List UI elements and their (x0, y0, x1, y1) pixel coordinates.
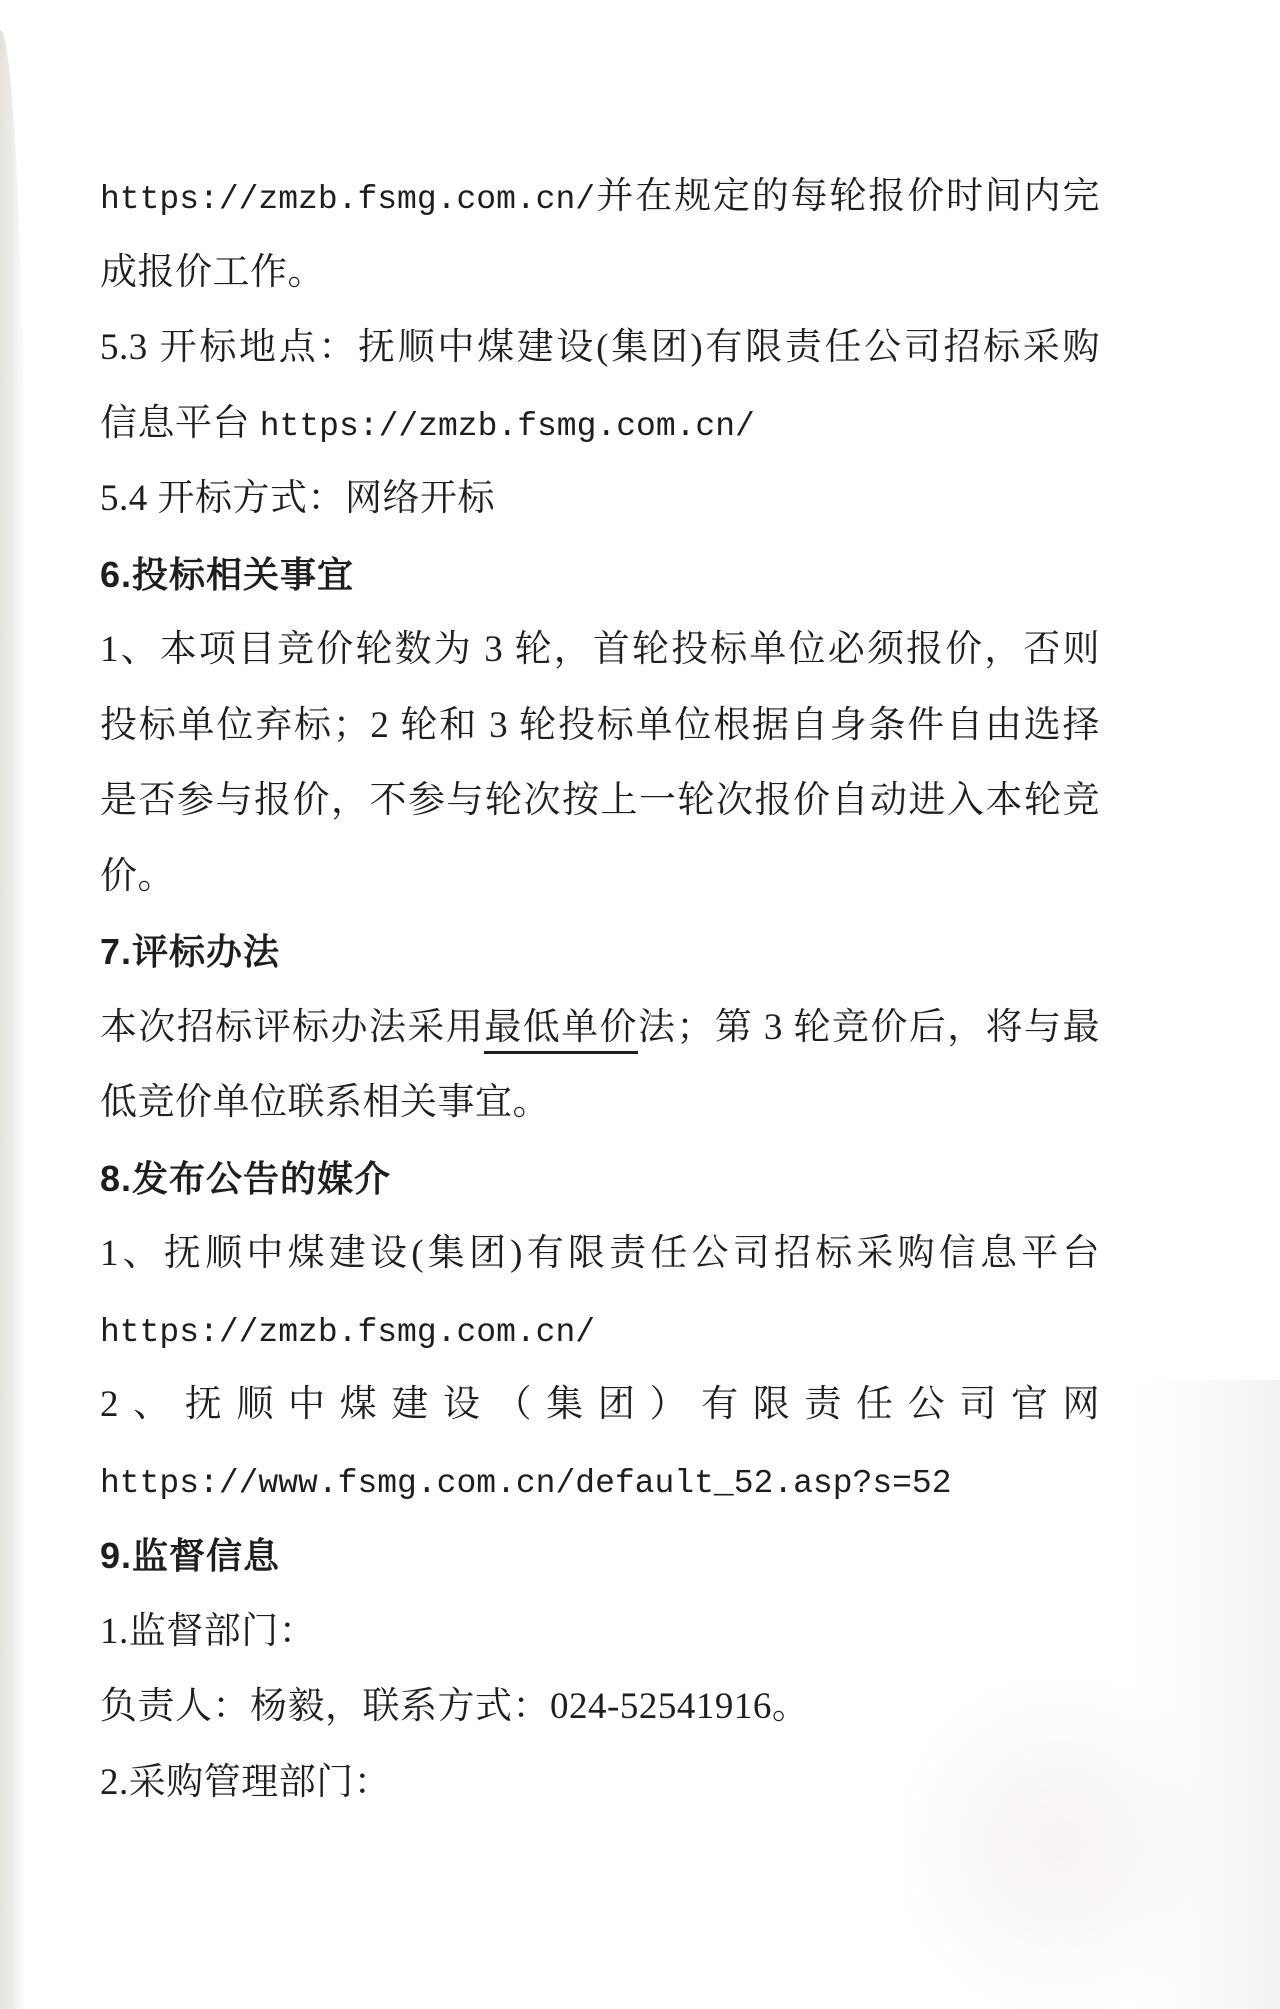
text-line: 2、抚顺中煤建设（集团）有限责任公司官网 (100, 1367, 1100, 1443)
text-line: 投标单位弃标；2 轮和 3 轮投标单位根据自身条件自由选择 (100, 688, 1100, 764)
body-text: 价。 (100, 856, 175, 897)
underlined-text: 最低单价 (484, 1007, 638, 1054)
text-line: 7.评标办法 (100, 914, 1100, 990)
section-heading: 8.发布公告的媒介 (100, 1158, 391, 1199)
body-text: 法；第 3 轮竞价后，将与最 (638, 1007, 1100, 1048)
section-heading: 7.评标办法 (100, 931, 280, 972)
section-heading: 9.监督信息 (100, 1535, 280, 1576)
text-line: https://zmzb.fsmg.com.cn/并在规定的每轮报价时间内完 (100, 159, 1100, 235)
text-line: 1.监督部门： (100, 1594, 1100, 1670)
scanned-document-page: https://zmzb.fsmg.com.cn/并在规定的每轮报价时间内完成报… (0, 0, 1280, 2009)
text-line: 2.采购管理部门： (100, 1745, 1100, 1821)
text-line: 6.投标相关事宜 (100, 537, 1100, 613)
body-text: 2.采购管理部门： (100, 1762, 391, 1803)
url-text: https://www.fsmg.com.cn/default_52.asp?s… (100, 1465, 952, 1502)
page-edge-shadow (0, 30, 26, 2009)
text-line: https://zmzb.fsmg.com.cn/ (100, 1292, 1100, 1368)
text-line: 9.监督信息 (100, 1518, 1100, 1594)
body-text: 2、抚顺中煤建设（集团）有限责任公司官网 (100, 1384, 1100, 1425)
text-line: 是否参与报价，不参与轮次按上一轮次报价自动进入本轮竞 (100, 763, 1100, 839)
body-text: 低竞价单位联系相关事宜。 (100, 1082, 550, 1123)
body-text: 投标单位弃标；2 轮和 3 轮投标单位根据自身条件自由选择 (100, 705, 1100, 746)
text-line: 负责人：杨毅，联系方式：024-52541916。 (100, 1669, 1100, 1745)
body-text: 1、抚顺中煤建设(集团)有限责任公司招标采购信息平台 (100, 1233, 1100, 1274)
body-text: 5.4 开标方式：网络开标 (100, 478, 495, 519)
text-line: 1、本项目竞价轮数为 3 轮，首轮投标单位必须报价，否则 (100, 612, 1100, 688)
text-line: 价。 (100, 839, 1100, 915)
body-text: 本次招标评标办法采用 (100, 1007, 484, 1048)
text-line: 信息平台 https://zmzb.fsmg.com.cn/ (100, 386, 1100, 462)
url-text: https://zmzb.fsmg.com.cn/ (100, 181, 595, 218)
body-text: 是否参与报价，不参与轮次按上一轮次报价自动进入本轮竞 (100, 780, 1100, 821)
body-text: 负责人：杨毅，联系方式：024-52541916。 (100, 1686, 809, 1727)
body-text: 1.监督部门： (100, 1611, 316, 1652)
body-text: 并在规定的每轮报价时间内完 (595, 176, 1100, 217)
text-line: 本次招标评标办法采用最低单价法；第 3 轮竞价后，将与最 (100, 990, 1100, 1066)
text-line: 1、抚顺中煤建设(集团)有限责任公司招标采购信息平台 (100, 1216, 1100, 1292)
body-text: 5.3 开标地点：抚顺中煤建设(集团)有限责任公司招标采购 (100, 327, 1100, 368)
text-line: https://www.fsmg.com.cn/default_52.asp?s… (100, 1443, 1100, 1519)
url-text: https://zmzb.fsmg.com.cn/ (100, 1314, 595, 1351)
document-text-column: https://zmzb.fsmg.com.cn/并在规定的每轮报价时间内完成报… (100, 159, 1100, 1820)
text-line: 低竞价单位联系相关事宜。 (100, 1065, 1100, 1141)
text-line: 5.3 开标地点：抚顺中煤建设(集团)有限责任公司招标采购 (100, 310, 1100, 386)
url-text: https://zmzb.fsmg.com.cn/ (260, 408, 755, 445)
section-heading: 6.投标相关事宜 (100, 554, 354, 595)
text-line: 成报价工作。 (100, 235, 1100, 311)
body-text: 1、本项目竞价轮数为 3 轮，首轮投标单位必须报价，否则 (100, 629, 1100, 670)
body-text: 信息平台 (100, 403, 260, 444)
body-text: 成报价工作。 (100, 252, 325, 293)
text-line: 5.4 开标方式：网络开标 (100, 461, 1100, 537)
text-line: 8.发布公告的媒介 (100, 1141, 1100, 1217)
